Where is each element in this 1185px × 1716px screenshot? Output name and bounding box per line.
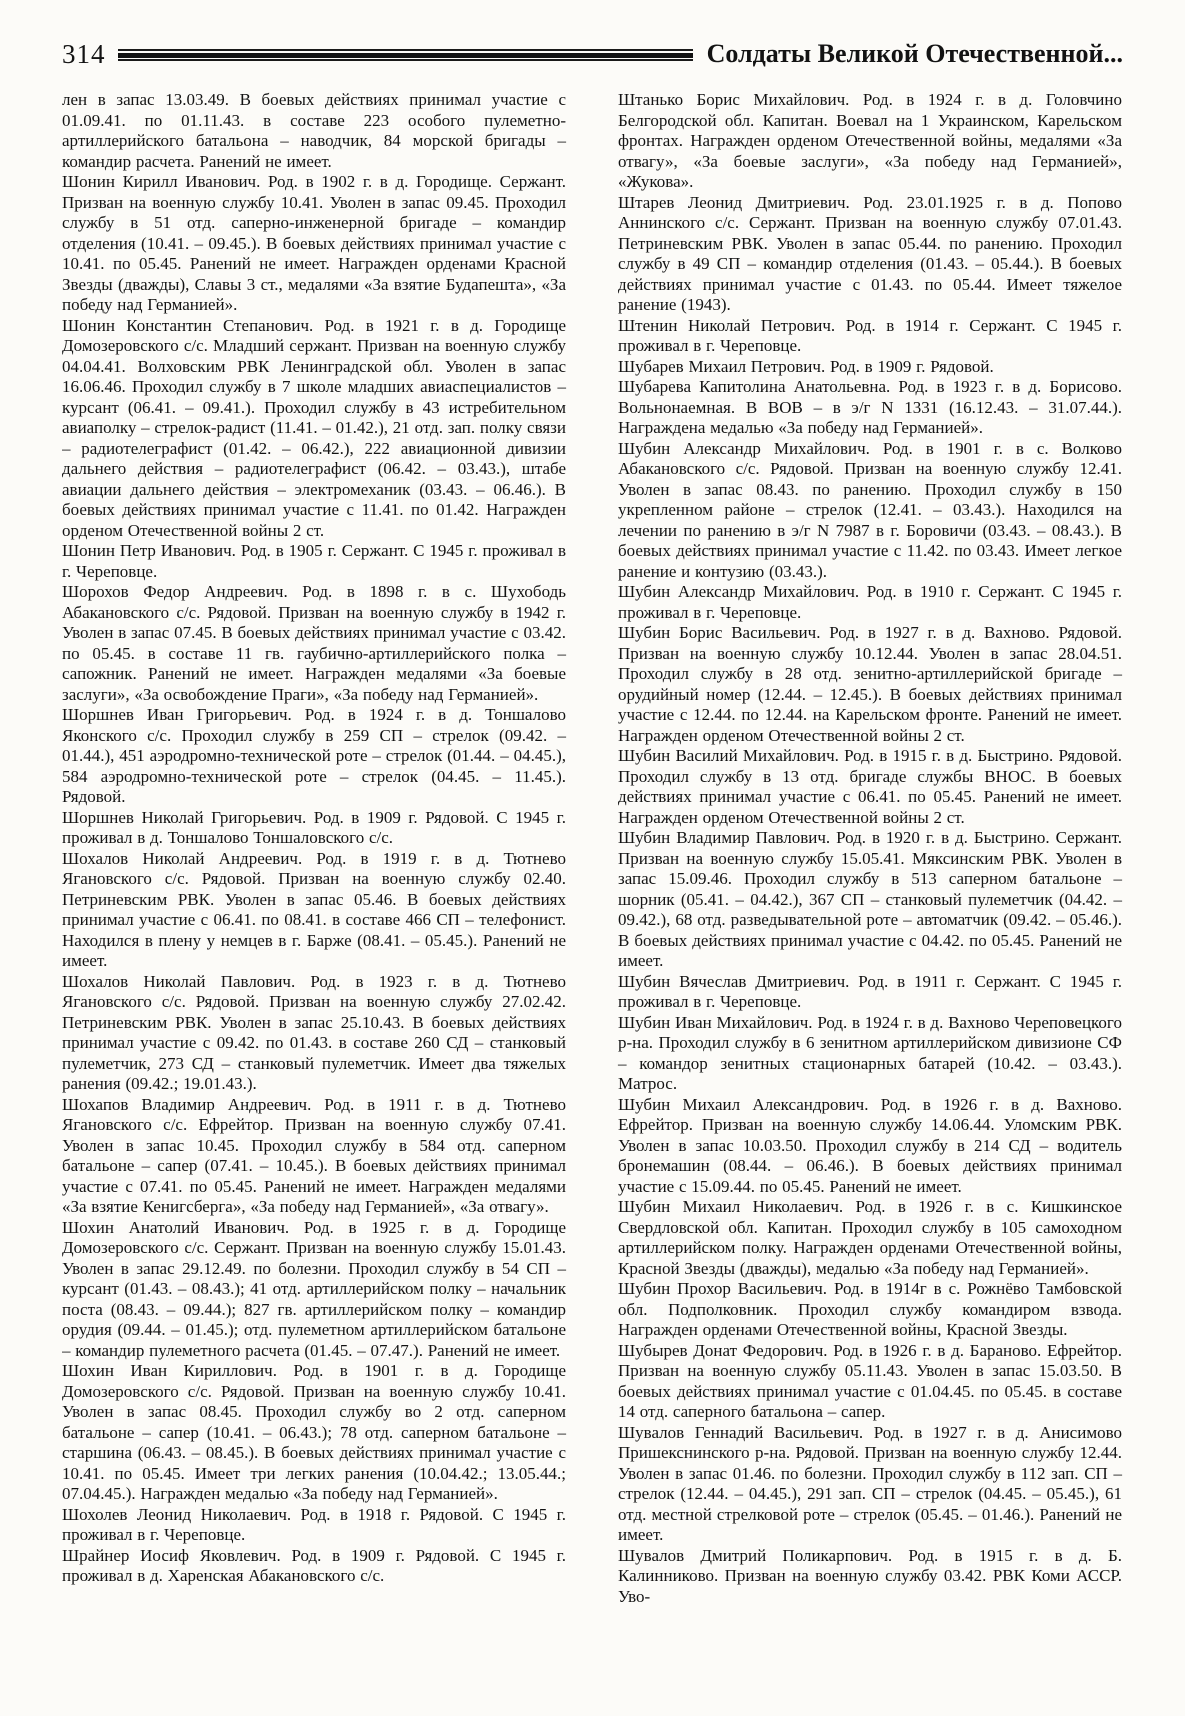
entry-paragraph-continuation: лен в запас 13.03.49. В боевых действиях… xyxy=(62,90,566,172)
entry-paragraph: Шубин Прохор Васильевич. Род. в 1914г в … xyxy=(618,1279,1122,1341)
entry-paragraph: Шубин Василий Михайлович. Род. в 1915 г.… xyxy=(618,746,1122,828)
entry-paragraph: Шубин Иван Михайлович. Род. в 1924 г. в … xyxy=(618,1013,1122,1095)
header-rule-line xyxy=(118,48,693,61)
entry-paragraph: Шубарев Михаил Петрович. Род. в 1909 г. … xyxy=(618,357,1122,378)
entry-paragraph: Штанько Борис Михайлович. Род. в 1924 г.… xyxy=(618,90,1122,193)
entry-paragraph: Шохин Иван Кириллович. Род. в 1901 г. в … xyxy=(62,1361,566,1505)
entry-paragraph: Шубин Михаил Александрович. Род. в 1926 … xyxy=(618,1095,1122,1198)
entry-paragraph: Шрайнер Иосиф Яковлевич. Род. в 1909 г. … xyxy=(62,1546,566,1587)
entry-paragraph: Шубин Александр Михайлович. Род. в 1910 … xyxy=(618,582,1122,623)
entry-paragraph: Шохалов Николай Павлович. Род. в 1923 г.… xyxy=(62,972,566,1095)
page-number: 314 xyxy=(62,41,118,68)
text-columns: лен в запас 13.03.49. В боевых действиях… xyxy=(62,90,1123,1670)
entry-paragraph: Шубин Борис Васильевич. Род. в 1927 г. в… xyxy=(618,623,1122,746)
entry-paragraph: Шоршнев Иван Григорьевич. Род. в 1924 г.… xyxy=(62,705,566,808)
entry-paragraph: Шувалов Дмитрий Поликарпович. Род. в 191… xyxy=(618,1546,1122,1608)
running-title: Солдаты Великой Отечественной... xyxy=(693,41,1123,67)
entry-paragraph: Шорохов Федор Андреевич. Род. в 1898 г. … xyxy=(62,582,566,705)
entry-paragraph: Шонин Кирилл Иванович. Род. в 1902 г. в … xyxy=(62,172,566,316)
entry-paragraph: Шувалов Геннадий Васильевич. Род. в 1927… xyxy=(618,1423,1122,1546)
entry-paragraph: Штенин Николай Петрович. Род. в 1914 г. … xyxy=(618,316,1122,357)
entry-paragraph: Шохапов Владимир Андреевич. Род. в 1911 … xyxy=(62,1095,566,1218)
left-column: лен в запас 13.03.49. В боевых действиях… xyxy=(62,90,566,1670)
entry-paragraph: Шохолев Леонид Николаевич. Род. в 1918 г… xyxy=(62,1505,566,1546)
entry-paragraph: Шонин Константин Степанович. Род. в 1921… xyxy=(62,316,566,542)
entry-paragraph: Шубин Михаил Николаевич. Род. в 1926 г. … xyxy=(618,1197,1122,1279)
entry-paragraph: Шубарева Капитолина Анатольевна. Род. в … xyxy=(618,377,1122,439)
entry-paragraph: Шонин Петр Иванович. Род. в 1905 г. Серж… xyxy=(62,541,566,582)
right-column: Штанько Борис Михайлович. Род. в 1924 г.… xyxy=(618,90,1122,1670)
entry-paragraph: Шохалов Николай Андреевич. Род. в 1919 г… xyxy=(62,849,566,972)
entry-paragraph: Шубин Александр Михайлович. Род. в 1901 … xyxy=(618,439,1122,583)
entry-paragraph: Шохин Анатолий Иванович. Род. в 1925 г. … xyxy=(62,1218,566,1362)
book-page: 314 Солдаты Великой Отечественной... лен… xyxy=(0,0,1185,1716)
page-header: 314 Солдаты Великой Отечественной... xyxy=(62,34,1123,74)
entry-paragraph: Шубин Владимир Павлович. Род. в 1920 г. … xyxy=(618,828,1122,972)
entry-paragraph: Штарев Леонид Дмитриевич. Род. 23.01.192… xyxy=(618,193,1122,316)
entry-paragraph: Шоршнев Николай Григорьевич. Род. в 1909… xyxy=(62,808,566,849)
entry-paragraph: Шубырев Донат Федорович. Род. в 1926 г. … xyxy=(618,1341,1122,1423)
entry-paragraph: Шубин Вячеслав Дмитриевич. Род. в 1911 г… xyxy=(618,972,1122,1013)
